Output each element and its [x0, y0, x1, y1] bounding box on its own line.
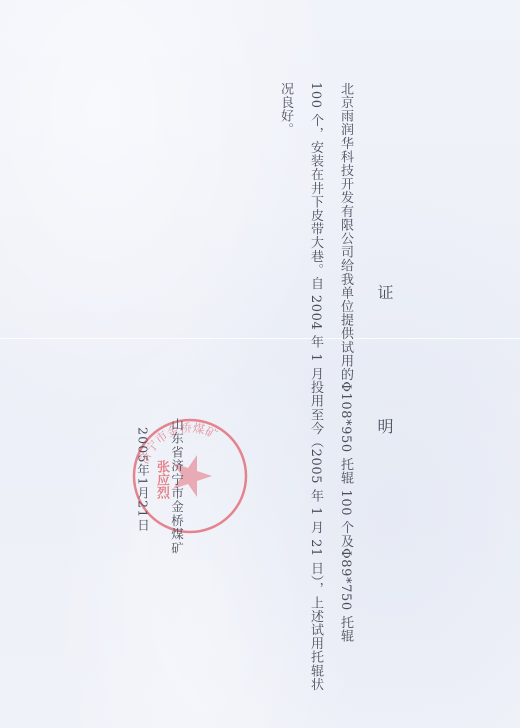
body-line-3: 况良好。	[279, 82, 292, 136]
signature-date: 2005年1月21日	[136, 427, 149, 532]
title-char-zheng: 证	[376, 284, 392, 300]
body-line-2: 100 个，安装在井下皮带大巷。自 2004 年 1 月投用至今（2005 年 …	[309, 82, 322, 691]
title-char-ming: 明	[376, 418, 392, 434]
body-line-1: 北京雨润华科技开发有限公司给我单位提供试用的Φ108*950 托辊 100 个及…	[339, 82, 352, 643]
handwritten-signature: 张应烈	[152, 460, 171, 499]
paper-fold-line	[0, 338, 520, 339]
scanned-paper	[0, 0, 520, 728]
signature-organization: 山东省济宁市金桥煤矿	[170, 418, 183, 555]
